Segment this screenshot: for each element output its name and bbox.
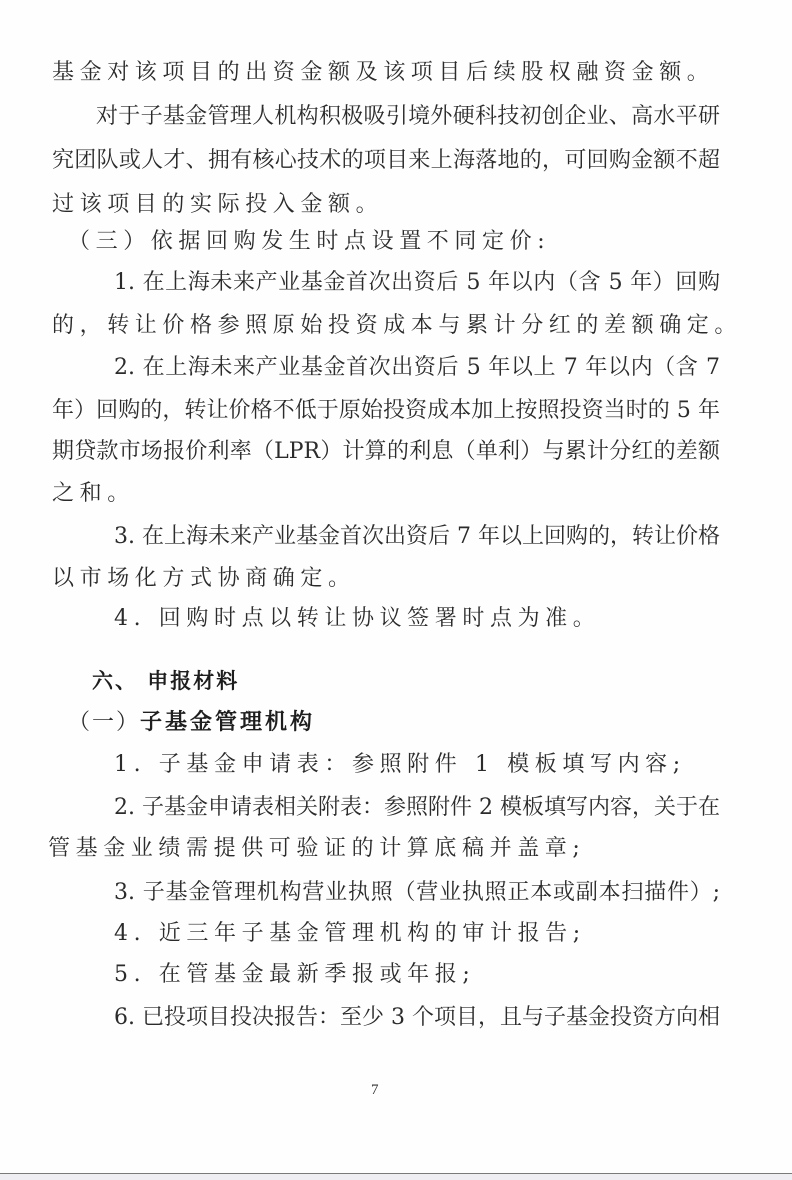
text-line: 3. 在上海未来产业基金首次出资后 7 年以上回购的，转让价格 (114, 523, 720, 551)
text-line: （三）依据回购发生时点设置不同定价: (68, 228, 550, 256)
subsection-heading: （一）子基金管理机构 (68, 708, 315, 736)
text-line: 基金对该项目的出资金额及该项目后续股权融资金额。 (52, 59, 714, 87)
text-line: 5. 在管基金最新季报或年报; (114, 961, 475, 989)
section-heading-text: 六、 申报材料 (92, 669, 239, 693)
section-heading: 六、 申报材料 (92, 667, 239, 695)
document-page: 基金对该项目的出资金额及该项目后续股权融资金额。对于子基金管理人机构积极吸引境外… (0, 0, 792, 1173)
text-line: 之和。 (52, 480, 135, 508)
text-line: 过该项目的实际投入金额。 (52, 191, 383, 219)
subsection-title: 子基金管理机构 (140, 709, 315, 735)
text-line: 以市场化方式协商确定。 (52, 565, 356, 593)
text-line: 管基金业绩需提供可验证的计算底稿并盖章; (48, 835, 585, 863)
text-line: 4. 回购时点以转让协议签署时点为准。 (114, 605, 600, 633)
text-line: 3. 子基金管理机构营业执照（营业执照正本或副本扫描件）; (114, 879, 720, 907)
text-line: 6. 已投项目投决报告：至少 3 个项目，且与子基金投资方向相 (114, 1004, 720, 1032)
text-line: 4. 近三年子基金管理机构的审计报告; (114, 920, 586, 948)
text-line: 对于子基金管理人机构积极吸引境外硬科技初创企业、高水平研 (96, 103, 720, 131)
text-line: 年）回购的，转让价格不低于原始投资成本加上按照投资当时的 5 年 (52, 397, 720, 425)
text-line: 的，转让价格参照原始投资成本与累计分红的差额确定。 (52, 312, 742, 340)
text-line: 究团队或人才、拥有核心技术的项目来上海落地的，可回购金额不超 (52, 147, 720, 175)
text-line: 1. 子基金申请表：参照附件 1 模板填写内容; (114, 751, 686, 779)
text-line: 1. 在上海未来产业基金首次出资后 5 年以内（含 5 年）回购 (114, 269, 720, 297)
text-line: 2. 子基金申请表相关附表：参照附件 2 模板填写内容，关于在 (114, 794, 720, 822)
text-line: 2. 在上海未来产业基金首次出资后 5 年以上 7 年以内（含 7 (114, 354, 720, 382)
text-line: 期贷款市场报价利率（LPR）计算的利息（单利）与累计分红的差额 (52, 438, 720, 466)
subsection-number: （一） (68, 710, 140, 735)
viewer-bottom-bar (0, 1174, 792, 1180)
page-number: 7 (371, 1082, 379, 1099)
